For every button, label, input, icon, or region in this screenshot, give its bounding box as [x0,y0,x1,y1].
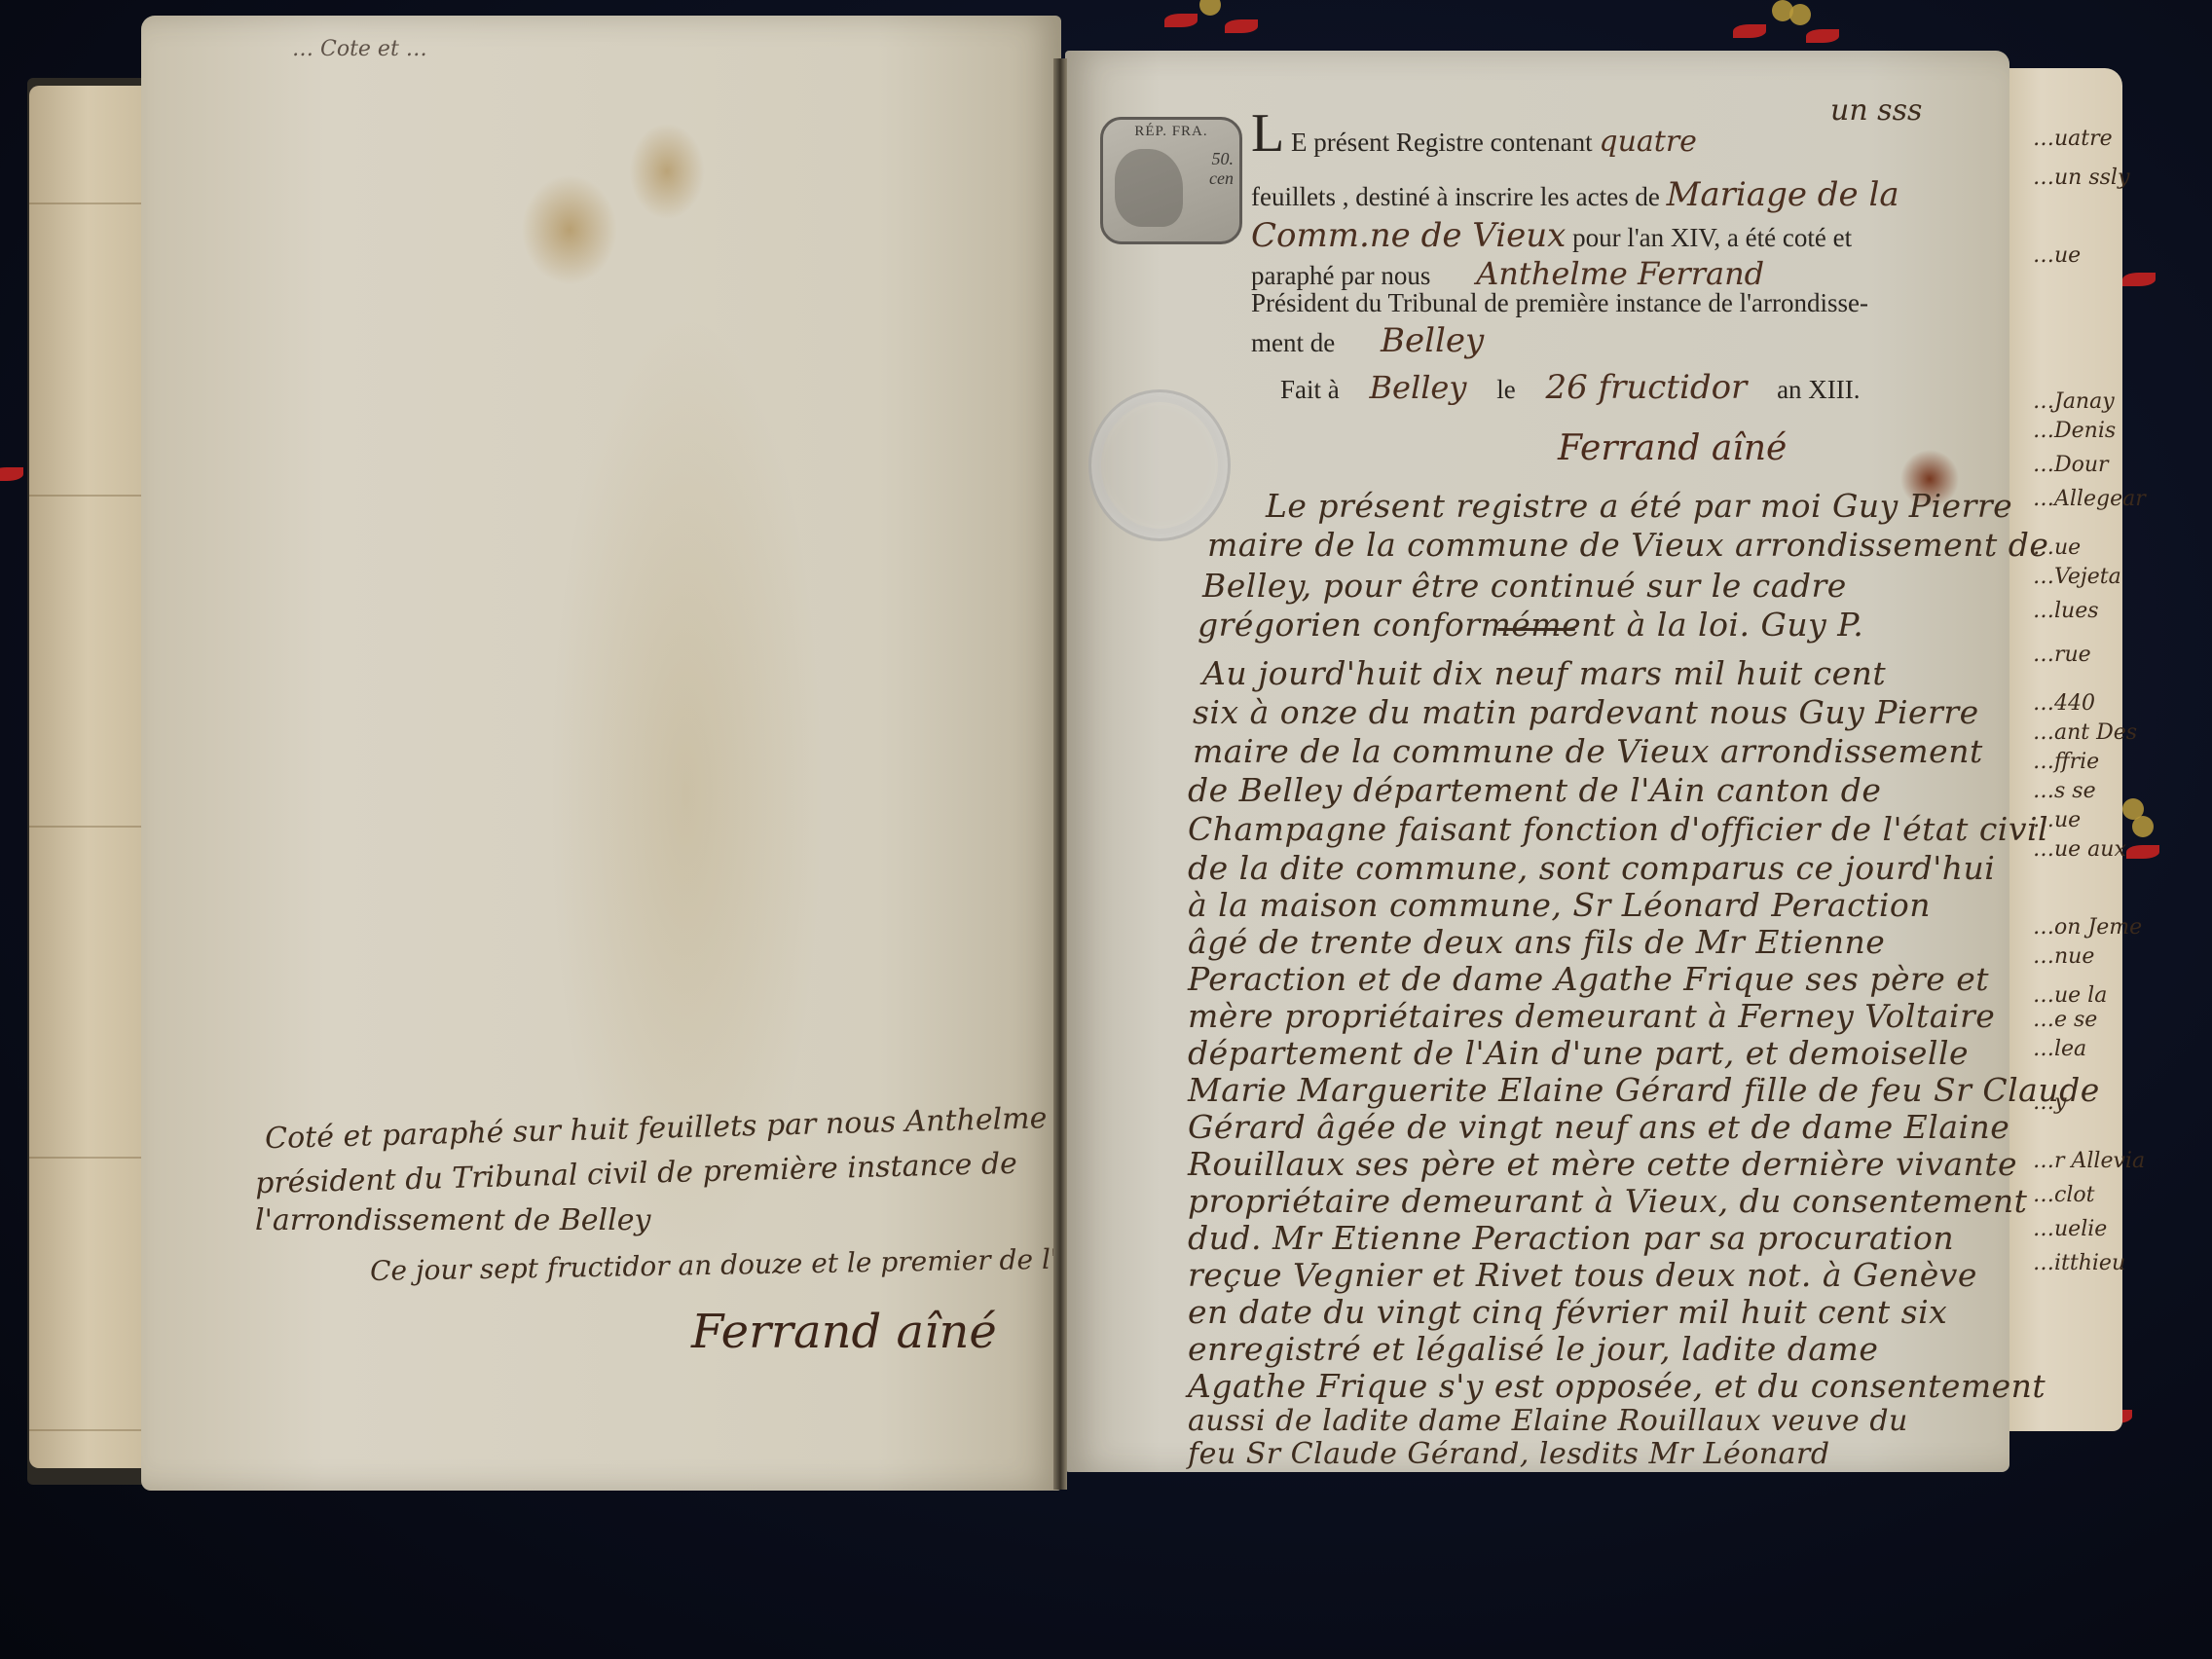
edge-fragment: …440 [2033,691,2095,716]
act-line: de la dite commune, sont comparus ce jou… [1188,849,1995,887]
signature-ferrand-right: Ferrand aîné [1558,428,1787,468]
edge-fragment: …lea [2033,1037,2086,1061]
form-line-2: feuillets , destiné à inscrire les actes… [1251,175,1899,214]
edge-fragment: …uatre [2033,127,2113,151]
embroidered-flower-top [1762,0,1821,58]
act-line: reçue Vegnier et Rivet tous deux not. à … [1188,1256,1977,1294]
edge-fragment: …rue [2033,643,2091,667]
form-line-1: L E présent Registre contenant quatre [1251,125,1697,159]
act-line: Agathe Frique s'y est opposée, et du con… [1188,1367,2046,1405]
corner-note: un sss [1830,93,1922,128]
edge-fragment: …Denis [2033,419,2116,443]
act-line: à la maison commune, Sr Léonard Peractio… [1188,886,1931,924]
edge-fragment: …uelie [2033,1217,2107,1241]
allegorical-figure-icon [1115,149,1183,227]
act-line: âgé de trente deux ans fils de Mr Etienn… [1188,923,1885,961]
edge-fragment: …ffrie [2033,750,2099,774]
certification-line-3: l'arrondissement de Belley [255,1203,650,1237]
edge-fragment: …Allegear [2033,487,2146,511]
act-line: maire de la commune de Vieux arrondissem… [1193,732,1983,770]
act-line: Rouillaux ses père et mère cette dernièr… [1188,1145,2017,1183]
stamp-value: 50.cen [1209,149,1234,188]
embroidered-flower-right-2 [2122,798,2181,857]
edge-fragment: …r Allevia [2033,1149,2145,1173]
edge-fragment: …on Jeme [2033,915,2142,940]
act-line: enregistré et légalisé le jour, ladite d… [1188,1330,1878,1368]
edge-fragment: …ue la [2033,983,2107,1008]
act-line: Gérard âgée de vingt neuf ans et de dame… [1188,1108,2009,1146]
edge-fragment: …nue [2033,944,2094,969]
edge-fragment: …Dour [2033,453,2109,477]
edge-fragment: …e se [2033,1008,2097,1032]
registration-line: grégorien conformément à la loi. Guy P. [1198,606,1863,644]
book-gutter [1053,58,1067,1490]
signature-ferrand-left: Ferrand aîné [691,1305,997,1359]
registration-line: Belley, pour être continué sur le cadre [1202,567,1847,605]
edge-fragment: …Vejeta [2033,565,2121,589]
section-divider [1497,628,1575,631]
edge-fragment: …ue [2033,243,2081,268]
act-line: Peraction et de dame Agathe Frique ses p… [1188,960,1989,998]
edge-fragment: …lues [2033,599,2099,623]
act-line: Champagne faisant fonction d'officier de… [1188,810,2048,848]
form-line-7: Fait à Belley le 26 fructidor an XIII. [1280,368,1861,407]
act-line: Marie Marguerite Elaine Gérard fille de … [1188,1071,2100,1109]
form-line-3: Comm.ne de Vieux pour l'an XIV, a été co… [1251,216,1852,255]
registration-line: Le présent registre a été par moi Guy Pi… [1266,487,2012,525]
edge-fragment: …clot [2033,1183,2094,1207]
stamp-label: RÉP. FRA. [1103,124,1239,140]
edge-fragment: …un ssly [2033,166,2129,190]
act-line: en date du vingt cinq février mil huit c… [1188,1293,1947,1331]
edge-fragment: …s se [2033,779,2096,803]
act-line: département de l'Ain d'une part, et demo… [1188,1034,1969,1072]
act-line: propriétaire demeurant à Vieux, du conse… [1188,1182,2027,1220]
tax-stamp: RÉP. FRA. 50.cen [1100,117,1242,244]
form-line-6: ment de Belley [1251,321,1484,360]
embroidered-flower-top-left [1198,0,1256,58]
top-left-note: … Cote et … [292,37,427,61]
act-line: Au jourd'huit dix neuf mars mil huit cen… [1202,654,1886,692]
act-line: de Belley département de l'Ain canton de [1188,771,1881,809]
embossed-seal-icon [1088,389,1231,541]
edge-fragment: …ant Des [2033,720,2137,745]
act-line: aussi de ladite dame Elaine Rouillaux ve… [1188,1404,1908,1438]
act-line: feu Sr Claude Gérand, lesdits Mr Léonard [1188,1437,1830,1471]
registration-line: maire de la commune de Vieux arrondissem… [1207,526,2048,564]
form-line-5: Président du Tribunal de première instan… [1251,288,1868,318]
act-line: dud. Mr Etienne Peraction par sa procura… [1188,1219,1954,1257]
edge-fragment: …itthieu [2033,1251,2125,1275]
act-line: six à onze du matin pardevant nous Guy P… [1193,693,1979,731]
embroidered-flower-right-1 [2122,253,2181,312]
form-line-4: paraphé par nous Anthelme Ferrand [1251,255,1764,292]
edge-fragment: …Janay [2033,389,2115,414]
act-line: mère propriétaires demeurant à Ferney Vo… [1188,997,1995,1035]
